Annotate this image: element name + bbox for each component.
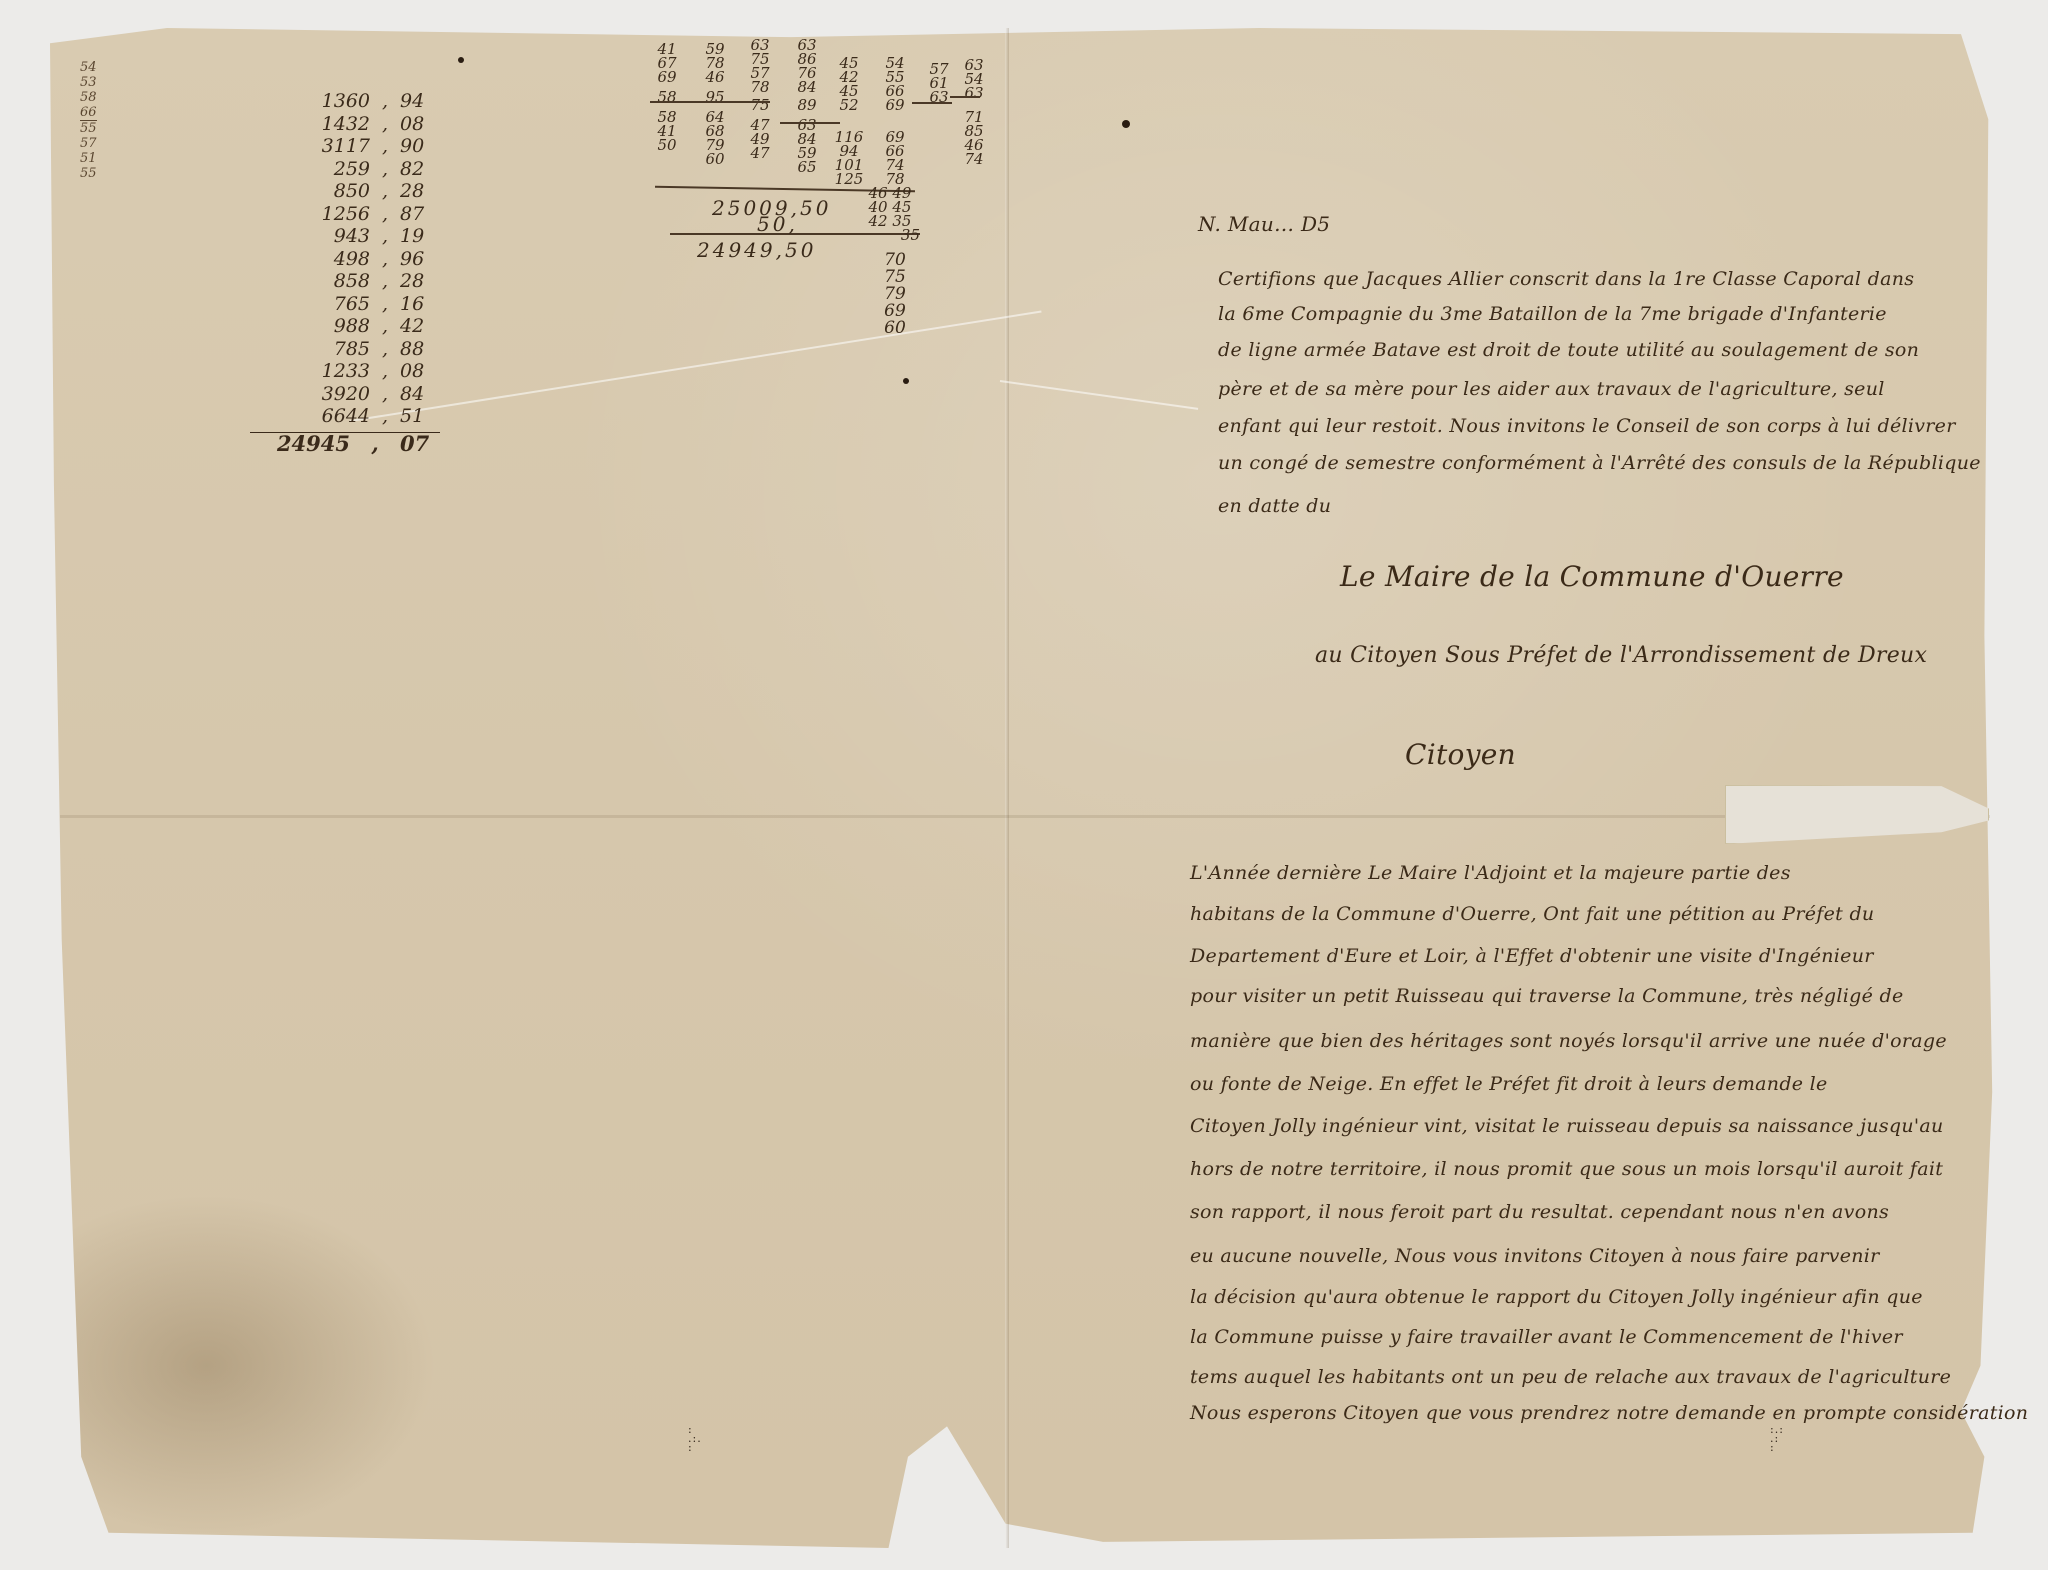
ledger-side-pairs: 46 49 40 45 42 35 35 [860, 186, 920, 242]
ledger-row: 1233,08 [270, 360, 440, 383]
ledger-column: 59 78 46 95 64 68 79 60 [700, 42, 730, 166]
ledger-column: 41 67 69 58 58 41 50 [652, 42, 682, 152]
ledger-rule [912, 102, 952, 104]
body-line: Nous esperons Citoyen que vous prendrez … [1190, 1402, 2028, 1424]
ledger-row: 858,28 [270, 270, 440, 293]
margin-note: 51 [80, 151, 97, 166]
ledger-row: 3117,90 [270, 135, 440, 158]
letter-sender: Le Maire de la Commune d'Ouerre [1340, 560, 1844, 593]
body-line: hors de notre territoire, il nous promit… [1190, 1158, 1943, 1180]
margin-note: 58 [80, 90, 97, 105]
body-line: tems auquel les habitants ont un peu de … [1190, 1366, 1951, 1388]
margin-note: 54 [80, 60, 97, 75]
certificate-line: Certifions que Jacques Allier conscrit d… [1218, 268, 1914, 290]
horizontal-fold-line [60, 815, 1990, 818]
ledger-deduction: 50, [757, 212, 798, 236]
ledger-rule [650, 101, 770, 103]
body-line: manière que bien des héritages sont noyé… [1190, 1030, 1947, 1052]
certificate-line: enfant qui leur restoit. Nous invitons l… [1218, 415, 1956, 437]
body-line: Departement d'Eure et Loir, à l'Effet d'… [1190, 945, 1874, 967]
certificate-line: en datte du [1218, 495, 1331, 517]
ledger-row: 259,82 [270, 158, 440, 181]
ledger-row: 765,16 [270, 293, 440, 316]
ledger-column: 63 86 76 84 89 63 84 59 65 [792, 38, 822, 174]
certificate-line: de ligne armée Batave est droit de toute… [1218, 339, 1919, 361]
body-line: L'Année dernière Le Maire l'Adjoint et l… [1190, 862, 1791, 884]
letter-salutation: Citoyen [1405, 738, 1516, 771]
letter-recipient: au Citoyen Sous Préfet de l'Arrondisseme… [1315, 643, 1927, 668]
margin-note: 53 [80, 75, 97, 90]
margin-notes: 54 53 58 66 55 57 51 55 [80, 60, 97, 181]
ledger-row: 850,28 [270, 180, 440, 203]
ledger-row: 988,42 [270, 315, 440, 338]
ink-dots: :.:.:: [1770, 1425, 1784, 1452]
margin-note: 66 [80, 105, 97, 121]
body-line: son rapport, il nous feroit part du resu… [1190, 1201, 1889, 1223]
ink-spot [1122, 120, 1130, 128]
certificate-line: un congé de semestre conformément à l'Ar… [1218, 452, 1981, 474]
ledger-row: 498,96 [270, 248, 440, 271]
ink-spot [458, 57, 464, 63]
body-line: ou fonte de Neige. En effet le Préfet fi… [1190, 1073, 1828, 1095]
ledger-column: 63 54 63 71 85 46 74 [960, 58, 988, 166]
ledger-column: 54 55 66 69 69 66 74 78 [880, 56, 910, 186]
body-line: Citoyen Jolly ingénieur vint, visitat le… [1190, 1115, 1944, 1137]
margin-note: 55 [80, 121, 97, 136]
body-line: la Commune puisse y faire travailler ava… [1190, 1326, 1903, 1348]
ledger-result: 24949,50 [697, 238, 816, 262]
body-line: pour visiter un petit Ruisseau qui trave… [1190, 985, 1903, 1007]
ledger-row: 1432,08 [270, 113, 440, 136]
letter-reference: N. Mau… D5 [1198, 212, 1330, 236]
ledger-total: 24945,07 [250, 432, 440, 456]
certificate-line: la 6me Compagnie du 3me Bataillon de la … [1218, 303, 1887, 325]
ink-spot [903, 378, 909, 384]
ink-dots: :.:.: [688, 1425, 702, 1452]
ledger-rule [780, 122, 840, 124]
ledger-side-column: 70 75 79 69 60 [880, 252, 910, 337]
margin-note: 55 [80, 166, 97, 181]
ledger-row: 943,19 [270, 225, 440, 248]
ledger-row: 1360,94 [270, 90, 440, 113]
body-line: la décision qu'aura obtenue le rapport d… [1190, 1286, 1923, 1308]
body-line: habitans de la Commune d'Ouerre, Ont fai… [1190, 903, 1874, 925]
ledger-row: 1256,87 [270, 203, 440, 226]
ledger-column: 63 75 57 78 75 47 49 47 [745, 38, 775, 160]
vertical-fold-line [1005, 28, 1009, 1548]
margin-note: 57 [80, 136, 97, 151]
ledger-row: 3920,84 [270, 383, 440, 406]
ledger-column: 45 42 45 52 116 94 101 125 [832, 56, 866, 186]
ledger-left: 1360,94 1432,08 3117,90 259,82 850,28 12… [270, 90, 440, 455]
ledger-row: 6644,51 [270, 405, 440, 428]
certificate-line: père et de sa mère pour les aider aux tr… [1218, 378, 1885, 400]
ledger-rule [950, 96, 980, 98]
ledger-column: 57 61 63 [925, 62, 953, 104]
body-line: eu aucune nouvelle, Nous vous invitons C… [1190, 1245, 1880, 1267]
ledger-row: 785,88 [270, 338, 440, 361]
